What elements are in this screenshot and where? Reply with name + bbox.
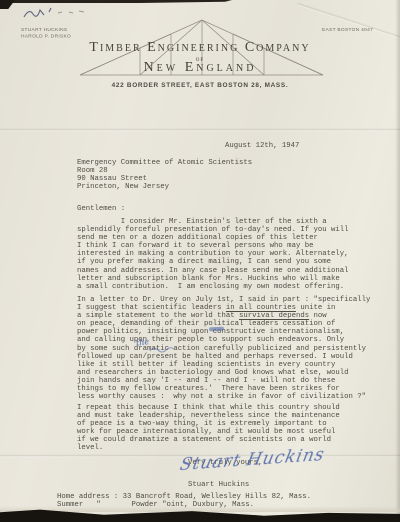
text-line: if you prefer making a direct mailing, I… <box>77 258 349 266</box>
text-line: and must take leadership, nevertheless s… <box>77 412 340 420</box>
salutation: Gentlemen : <box>77 205 125 213</box>
text-line: a simple statement to the world that sur… <box>77 312 370 320</box>
text-line: I repeat this because I think that while… <box>77 404 340 412</box>
recipient-address-block: Emergency Committee of Atomic Scientists… <box>77 159 252 191</box>
text-line: I think I can forward it to several pers… <box>77 242 349 250</box>
text-line: and calling upon their people to support… <box>77 336 370 344</box>
text-line: send me ten or a dozen additional copies… <box>77 234 349 242</box>
phone-number: EAST BOSTON 4047 <box>322 27 373 33</box>
text-line: a small contribution. I am enclosing my … <box>77 283 349 291</box>
text-line: In a letter to Dr. Urey on July 1st, I s… <box>77 296 370 304</box>
text-line: like it still better if leading scientis… <box>77 361 370 369</box>
text-line: names and addresses. In any case please … <box>77 267 349 275</box>
scanned-letter-page: STUART HUCKINSHAROLD P. DRISKO EAST BOST… <box>0 0 400 522</box>
scan-edge-artifact <box>0 506 400 512</box>
letter-date: August 12th, 1947 <box>225 142 299 150</box>
text-line: 90 Nassau Street <box>77 175 252 183</box>
text-line: if we could dramatize a statement of sci… <box>77 436 340 444</box>
text-line: Emergency Committee of Atomic Scientists <box>77 159 252 167</box>
text-line: followed up can/present be halted and pe… <box>77 353 370 361</box>
text-line: join hands and say 'I -- and I -- and I … <box>77 377 370 385</box>
text-line: Princeton, New Jersey <box>77 183 252 191</box>
typed-signature-name: Stuart Huckins <box>188 481 249 489</box>
paragraph-2: In a letter to Dr. Urey on July 1st, I s… <box>77 296 370 401</box>
text-line: splendidly forceful presentation of to-d… <box>77 226 349 234</box>
text-line: of peace is a two-way thing, it is extre… <box>77 420 340 428</box>
text-line: work for peace internationally, and it w… <box>77 428 340 436</box>
paragraph-1: I consider Mr. Einstein's letter of the … <box>77 218 349 291</box>
text-line: things to my fellow creatures.' There ha… <box>77 385 370 393</box>
text-line: I consider Mr. Einstein's letter of the … <box>77 218 349 226</box>
text-line: and researchers in bacteriology and God … <box>77 369 370 377</box>
company-address: 422 BORDER STREET, EAST BOSTON 28, MASS. <box>0 82 400 89</box>
text-line: Home address : 33 Bancroft Road, Wellesl… <box>57 493 311 501</box>
text-line: less worthy causes : why not a strike in… <box>77 393 370 401</box>
text-line: letter and subscription blank for Mrs. H… <box>77 275 349 283</box>
registered-names: STUART HUCKINSHAROLD P. DRISKO <box>21 27 71 40</box>
company-name-region: New England <box>0 60 400 76</box>
text-line: I suggest that scientific leaders in all… <box>77 304 370 312</box>
text-line: HAROLD P. DRISKO <box>21 33 71 39</box>
paragraph-3: I repeat this because I think that while… <box>77 404 340 453</box>
scan-edge-artifact <box>395 0 400 522</box>
company-name: Timber Engineering Company <box>0 40 400 56</box>
text-line: interested in making a contribution to y… <box>77 250 349 258</box>
pen-inserted-word: the <box>135 337 149 348</box>
scan-edge-artifact <box>0 0 15 9</box>
text-line: Room 28 <box>77 167 252 175</box>
text-line: by some such dramatic action carefully p… <box>77 345 370 353</box>
pen-squiggle-mark <box>149 346 179 354</box>
pen-correction-mark <box>209 327 224 332</box>
paper-crease <box>0 128 400 132</box>
